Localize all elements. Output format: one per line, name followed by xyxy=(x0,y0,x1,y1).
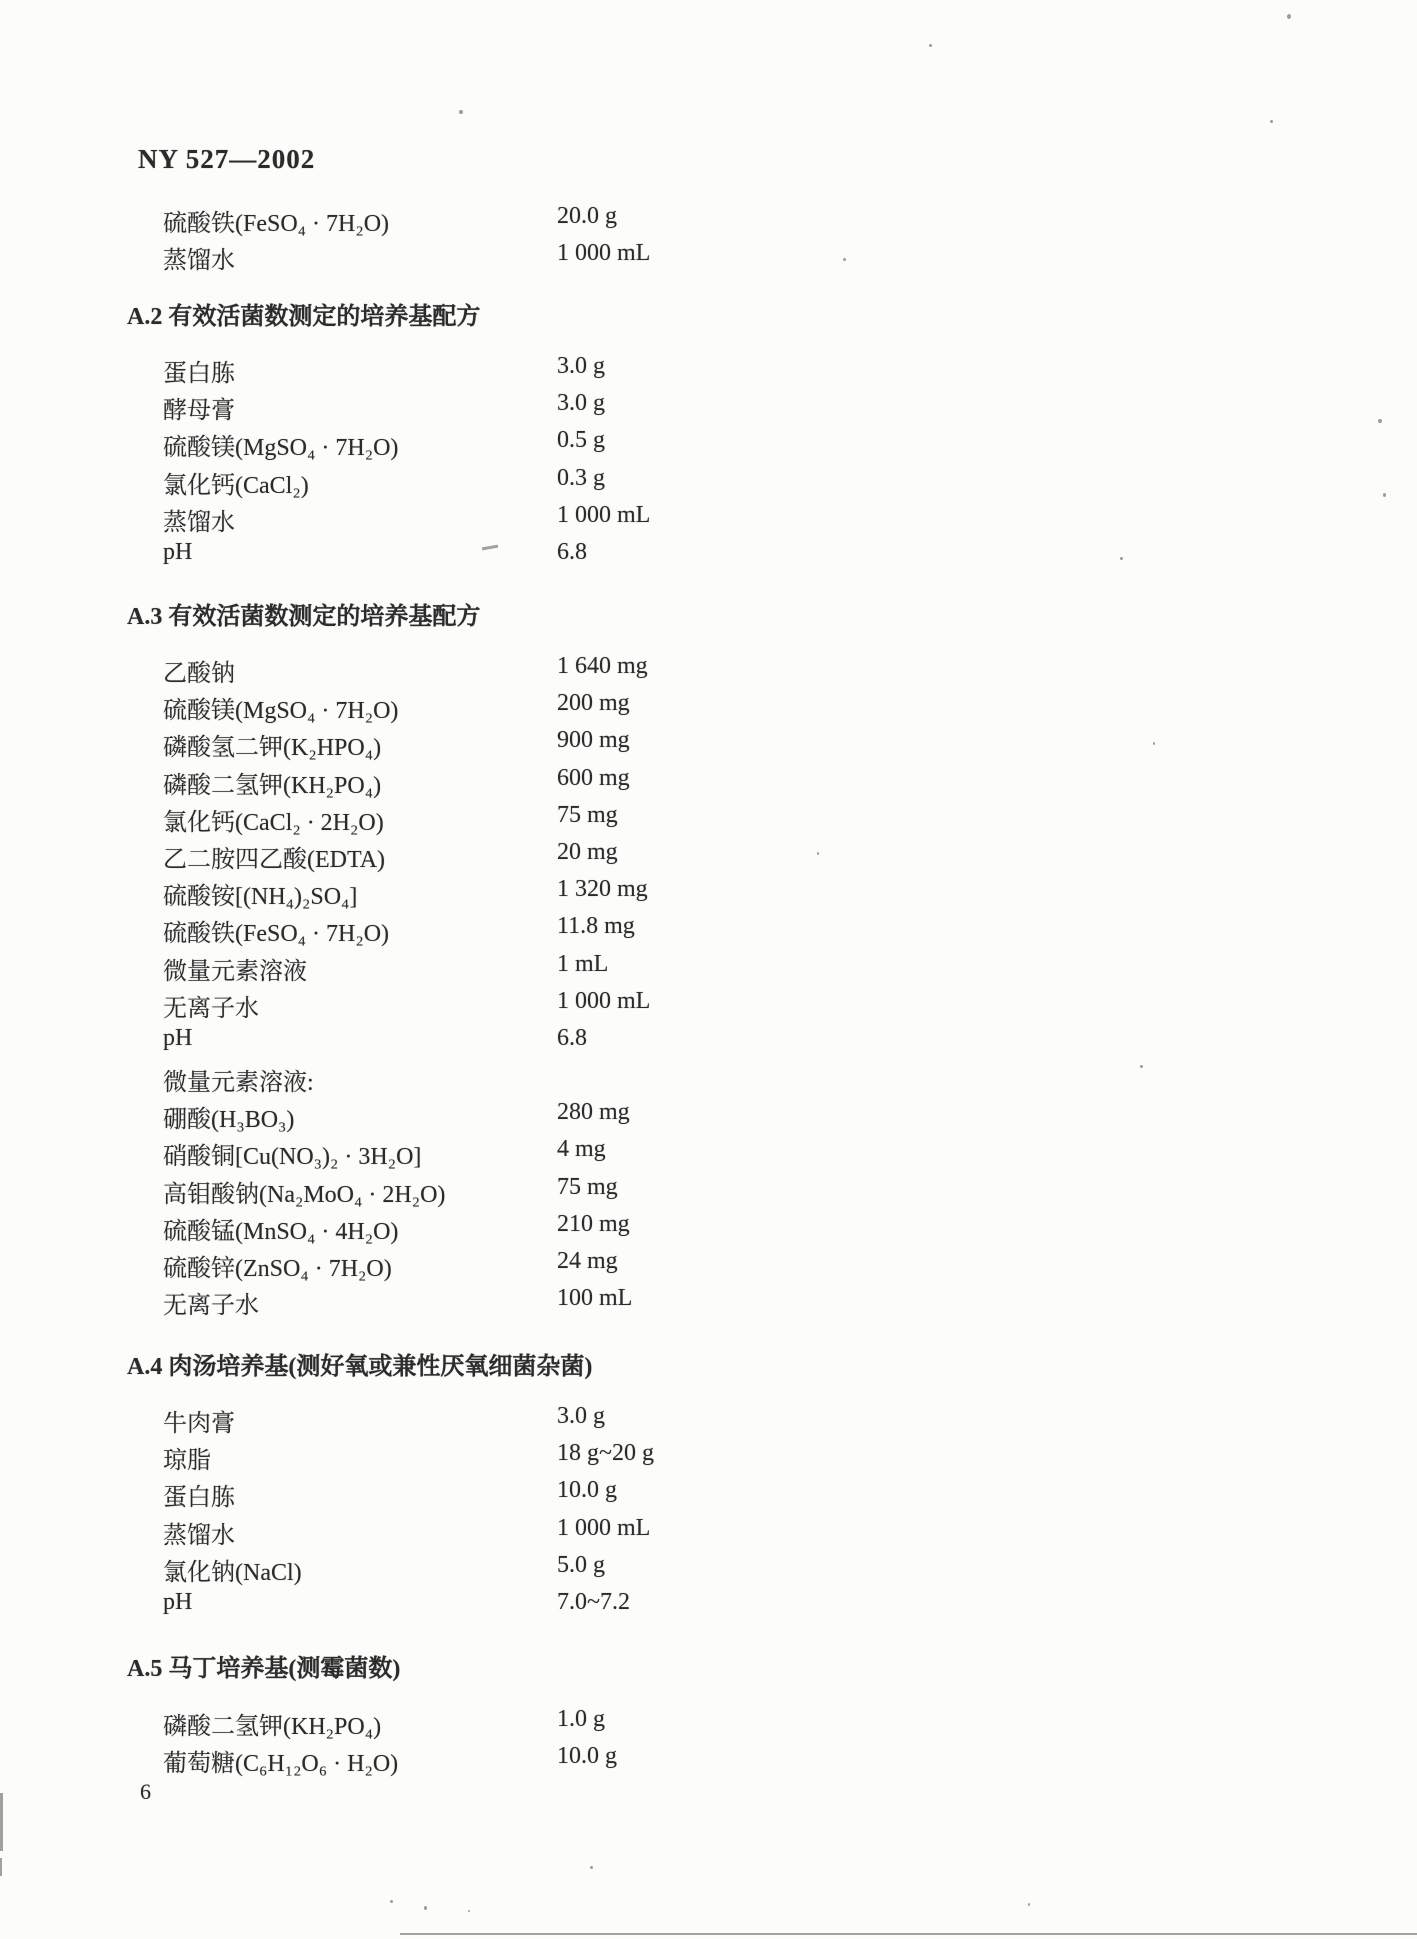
scan-artifact-left-edge xyxy=(0,1858,2,1876)
section-a1-continued-rows: 硫酸铁(FeSO₄ · 7H₂O) 20.0 g 蒸馏水 1 000 mL xyxy=(163,203,1313,277)
ingredient-row: 微量元素溶液 1 mL xyxy=(163,951,1313,988)
ingredient-row: 蛋白胨 10.0 g xyxy=(163,1477,1313,1514)
scan-speck xyxy=(929,44,932,47)
ingredient-label: 硫酸锰(MnSO₄ · 4H₂O) xyxy=(163,1211,398,1246)
ingredient-amount: 3.0 g xyxy=(557,353,605,380)
ingredient-row: pH 6.8 xyxy=(163,539,1313,576)
ingredient-amount: 75 mg xyxy=(557,802,618,829)
ingredient-row: 酵母膏 3.0 g xyxy=(163,390,1313,427)
ingredient-amount: 1 000 mL xyxy=(557,240,650,267)
ingredient-amount: 1 320 mg xyxy=(557,876,648,903)
ingredient-label: 无离子水 xyxy=(163,1285,259,1320)
ingredient-row: 蒸馏水 1 000 mL xyxy=(163,240,1313,277)
document-page: NY 527—2002 硫酸铁(FeSO₄ · 7H₂O) 20.0 g 蒸馏水… xyxy=(0,0,1417,1939)
ingredient-amount: 18 g~20 g xyxy=(557,1440,654,1467)
ingredient-label: 蒸馏水 xyxy=(163,240,235,275)
scan-artifact-left-edge xyxy=(0,1793,3,1851)
ingredient-row: 磷酸二氢钾(KH₂PO₄) 600 mg xyxy=(163,765,1313,802)
page-number: 6 xyxy=(140,1779,151,1805)
ingredient-row: 蒸馏水 1 000 mL xyxy=(163,1515,1313,1552)
ingredient-row: 硼酸(H₃BO₃) 280 mg xyxy=(163,1099,1313,1136)
ingredient-label: 硫酸镁(MgSO₄ · 7H₂O) xyxy=(163,690,398,725)
ingredient-amount: 3.0 g xyxy=(557,390,605,417)
ingredient-label: 琼脂 xyxy=(163,1440,211,1475)
ingredient-label: 牛肉膏 xyxy=(163,1403,235,1438)
scan-speck xyxy=(1028,1903,1030,1906)
ingredient-amount: 1 000 mL xyxy=(557,502,650,529)
ingredient-row: 葡萄糖(C₆H₁₂O₆ · H₂O) 10.0 g xyxy=(163,1743,1313,1780)
ingredient-label: 蛋白胨 xyxy=(163,353,235,388)
ingredient-row: 硫酸锌(ZnSO₄ · 7H₂O) 24 mg xyxy=(163,1248,1313,1285)
ingredient-row: 无离子水 100 mL xyxy=(163,1285,1313,1322)
ingredient-amount: 0.5 g xyxy=(557,427,605,454)
ingredient-label: 磷酸二氢钾(KH₂PO₄) xyxy=(163,765,381,800)
ingredient-row: 无离子水 1 000 mL xyxy=(163,988,1313,1025)
scan-speck xyxy=(1153,742,1155,745)
ingredient-label: 磷酸氢二钾(K₂HPO₄) xyxy=(163,727,381,762)
ingredient-row: 硫酸铁(FeSO₄ · 7H₂O) 11.8 mg xyxy=(163,913,1313,950)
ingredient-label: 硫酸镁(MgSO₄ · 7H₂O) xyxy=(163,427,398,462)
scan-artifact-bottom-line xyxy=(400,1933,1417,1935)
ingredient-label: 硫酸铁(FeSO₄ · 7H₂O) xyxy=(163,203,389,238)
scan-speck xyxy=(817,852,819,855)
ingredient-label: 硫酸锌(ZnSO₄ · 7H₂O) xyxy=(163,1248,392,1283)
scan-speck xyxy=(1378,419,1382,423)
scan-speck xyxy=(424,1906,427,1910)
scan-speck xyxy=(1383,493,1386,497)
scan-speck xyxy=(590,1866,593,1869)
section-heading-a4: A.4 肉汤培养基(测好氧或兼性厌氧细菌杂菌) xyxy=(127,1346,592,1381)
ingredient-row: 硫酸镁(MgSO₄ · 7H₂O) 0.5 g xyxy=(163,427,1313,464)
ingredient-label: pH xyxy=(163,1025,192,1052)
scan-speck xyxy=(1120,557,1123,560)
ingredient-row: 蒸馏水 1 000 mL xyxy=(163,502,1313,539)
scan-speck xyxy=(843,258,846,261)
ingredient-amount: 900 mg xyxy=(557,727,630,754)
section-a4-rows: 牛肉膏 3.0 g 琼脂 18 g~20 g 蛋白胨 10.0 g 蒸馏水 1 … xyxy=(163,1403,1313,1626)
ingredient-row: pH 7.0~7.2 xyxy=(163,1589,1313,1626)
ingredient-label: 硫酸铁(FeSO₄ · 7H₂O) xyxy=(163,913,389,948)
ingredient-amount: 1 640 mg xyxy=(557,653,648,680)
scan-speck xyxy=(459,110,463,114)
ingredient-amount: 100 mL xyxy=(557,1285,632,1312)
ingredient-row: 牛肉膏 3.0 g xyxy=(163,1403,1313,1440)
ingredient-amount: 1 000 mL xyxy=(557,988,650,1015)
ingredient-amount: 10.0 g xyxy=(557,1743,617,1770)
scan-speck xyxy=(390,1900,393,1903)
ingredient-row: 硫酸镁(MgSO₄ · 7H₂O) 200 mg xyxy=(163,690,1313,727)
section-heading-a5: A.5 马丁培养基(测霉菌数) xyxy=(127,1648,400,1683)
ingredient-amount: 5.0 g xyxy=(557,1552,605,1579)
ingredient-label: 葡萄糖(C₆H₁₂O₆ · H₂O) xyxy=(163,1743,398,1778)
ingredient-row: 硫酸锰(MnSO₄ · 4H₂O) 210 mg xyxy=(163,1211,1313,1248)
ingredient-label: pH xyxy=(163,539,192,566)
ingredient-label: 微量元素溶液: xyxy=(163,1062,314,1097)
section-heading-a2: A.2 有效活菌数测定的培养基配方 xyxy=(127,296,480,331)
ingredient-amount: 6.8 xyxy=(557,539,587,566)
ingredient-amount: 1 000 mL xyxy=(557,1515,650,1542)
ingredient-label: 硼酸(H₃BO₃) xyxy=(163,1099,294,1134)
ingredient-amount: 24 mg xyxy=(557,1248,618,1275)
section-a3-rows: 乙酸钠 1 640 mg 硫酸镁(MgSO₄ · 7H₂O) 200 mg 磷酸… xyxy=(163,653,1313,1322)
standard-code: NY 527—2002 xyxy=(138,144,315,175)
ingredient-amount: 1 mL xyxy=(557,951,608,978)
ingredient-label: 微量元素溶液 xyxy=(163,951,307,986)
ingredient-row: 氯化钙(CaCl₂) 0.3 g xyxy=(163,465,1313,502)
ingredient-label: 氯化钙(CaCl₂) xyxy=(163,465,309,500)
section-a5-rows: 磷酸二氢钾(KH₂PO₄) 1.0 g 葡萄糖(C₆H₁₂O₆ · H₂O) 1… xyxy=(163,1706,1313,1780)
ingredient-row: 高钼酸钠(Na₂MoO₄ · 2H₂O) 75 mg xyxy=(163,1174,1313,1211)
ingredient-amount: 11.8 mg xyxy=(557,913,635,940)
scan-speck xyxy=(468,1910,470,1912)
section-heading-a3: A.3 有效活菌数测定的培养基配方 xyxy=(127,596,480,631)
ingredient-amount: 600 mg xyxy=(557,765,630,792)
ingredient-amount: 6.8 xyxy=(557,1025,587,1052)
section-a2-rows: 蛋白胨 3.0 g 酵母膏 3.0 g 硫酸镁(MgSO₄ · 7H₂O) 0.… xyxy=(163,353,1313,576)
ingredient-amount: 7.0~7.2 xyxy=(557,1589,630,1616)
ingredient-amount: 20.0 g xyxy=(557,203,617,230)
ingredient-amount: 3.0 g xyxy=(557,1403,605,1430)
ingredient-label: pH xyxy=(163,1589,192,1616)
scan-speck xyxy=(1270,120,1273,123)
ingredient-label: 蒸馏水 xyxy=(163,502,235,537)
ingredient-row: 蛋白胨 3.0 g xyxy=(163,353,1313,390)
ingredient-row: 硫酸铵[(NH₄)₂SO₄] 1 320 mg xyxy=(163,876,1313,913)
ingredient-row: pH 6.8 xyxy=(163,1025,1313,1062)
ingredient-label: 酵母膏 xyxy=(163,390,235,425)
ingredient-amount: 10.0 g xyxy=(557,1477,617,1504)
ingredient-label: 氯化钠(NaCl) xyxy=(163,1552,302,1587)
ingredient-amount: 20 mg xyxy=(557,839,618,866)
ingredient-label: 氯化钙(CaCl₂ · 2H₂O) xyxy=(163,802,384,837)
ingredient-amount: 200 mg xyxy=(557,690,630,717)
ingredient-row: 磷酸二氢钾(KH₂PO₄) 1.0 g xyxy=(163,1706,1313,1743)
ingredient-amount: 4 mg xyxy=(557,1136,606,1163)
ingredient-row: 乙酸钠 1 640 mg xyxy=(163,653,1313,690)
ingredient-row: 硝酸铜[Cu(NO₃)₂ · 3H₂O] 4 mg xyxy=(163,1136,1313,1173)
ingredient-row: 氯化钙(CaCl₂ · 2H₂O) 75 mg xyxy=(163,802,1313,839)
ingredient-label: 高钼酸钠(Na₂MoO₄ · 2H₂O) xyxy=(163,1174,445,1209)
ingredient-label: 乙酸钠 xyxy=(163,653,235,688)
ingredient-row: 磷酸氢二钾(K₂HPO₄) 900 mg xyxy=(163,727,1313,764)
ingredient-amount: 75 mg xyxy=(557,1174,618,1201)
ingredient-amount: 210 mg xyxy=(557,1211,630,1238)
scan-speck xyxy=(1287,14,1291,19)
ingredient-amount: 280 mg xyxy=(557,1099,630,1126)
ingredient-label: 蒸馏水 xyxy=(163,1515,235,1550)
ingredient-amount: 0.3 g xyxy=(557,465,605,492)
ingredient-label: 乙二胺四乙酸(EDTA) xyxy=(163,839,385,874)
ingredient-row: 乙二胺四乙酸(EDTA) 20 mg xyxy=(163,839,1313,876)
ingredient-row: 硫酸铁(FeSO₄ · 7H₂O) 20.0 g xyxy=(163,203,1313,240)
ingredient-label: 硫酸铵[(NH₄)₂SO₄] xyxy=(163,876,357,911)
ingredient-amount: 1.0 g xyxy=(557,1706,605,1733)
scan-speck xyxy=(1140,1065,1143,1068)
ingredient-label: 硝酸铜[Cu(NO₃)₂ · 3H₂O] xyxy=(163,1136,421,1171)
ingredient-row: 琼脂 18 g~20 g xyxy=(163,1440,1313,1477)
ingredient-label: 磷酸二氢钾(KH₂PO₄) xyxy=(163,1706,381,1741)
ingredient-label: 蛋白胨 xyxy=(163,1477,235,1512)
ingredient-label: 无离子水 xyxy=(163,988,259,1023)
ingredient-row: 氯化钠(NaCl) 5.0 g xyxy=(163,1552,1313,1589)
